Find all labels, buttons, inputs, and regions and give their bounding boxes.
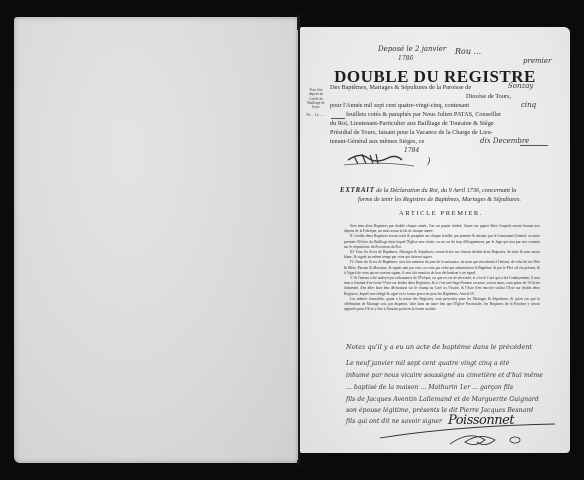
deposit-year: 1786	[398, 55, 413, 62]
article-3: III. Tous les Actes de Baptêmes, Mariage…	[344, 250, 540, 260]
header-line-5: du Roi, Lieutenant-Particulier aux Baill…	[330, 120, 494, 127]
header-line-2: Diocèse de Tours,	[466, 93, 511, 100]
article-6: Les mêmes formalités, quant à la tenue d…	[344, 297, 540, 313]
page-edge	[296, 30, 298, 460]
act-line-2: inhumé par nous vicaire soussigné au cim…	[346, 372, 556, 379]
leaf-count: cinq	[521, 101, 536, 109]
header-line-4: feuillets cotés & paraphés par Nous Juli…	[346, 111, 501, 118]
header-line-1: Des Baptêmes, Mariages & Sépultures de l…	[330, 84, 471, 91]
fill-rule	[520, 145, 548, 146]
clerk-initials: Rou ...	[455, 47, 481, 56]
signature-flourish-icon	[375, 420, 565, 450]
margin-note-deposit: Pour être déposé au Greffe du Bailliage …	[305, 88, 327, 109]
extrait-text: de la Déclaration du Roi, du 9 Avril 173…	[376, 187, 516, 194]
page-marker: premier	[523, 57, 551, 65]
article-1: Sera tenu deux Registres par double chaq…	[344, 224, 540, 234]
extrait-lead: EXTRAIT	[340, 187, 375, 194]
extrait-line-2: forme de tenir les Registres de Baptêmes…	[358, 196, 521, 203]
article-5: V. Si l'enfant a été ondoyé par ordonnan…	[344, 276, 540, 297]
margin-note-2: Ne ... Le ... ...	[305, 113, 327, 117]
left-page-blank	[14, 17, 299, 463]
act-line-3: ... baptisé de la maison ... Mathurin 1e…	[346, 384, 556, 391]
act-line-4: fils de Jacques Aventin Lallemand et de …	[346, 396, 556, 403]
header-line-3: pour l'Année mil sept cent quatre-vingt-…	[330, 102, 469, 109]
header-line-7: tenant-Général aux mêmes Sièges, ce	[330, 138, 424, 145]
official-signature-icon	[340, 148, 420, 172]
separator-mark: )	[427, 157, 431, 167]
article-4: IV. Dans les Actes de Baptêmes, sera fai…	[344, 260, 540, 276]
parish-name: Sonzay	[508, 82, 533, 90]
deposit-note: Deposé le 2 janvier	[378, 45, 446, 53]
articles-body: Sera tenu deux Registres par double chaq…	[344, 224, 540, 312]
header-line-6: Présidial de Tours, faisant pour la Vaca…	[330, 129, 493, 136]
article-2: II. Lesdits deux Registres seront cotés …	[344, 234, 540, 250]
article-heading: ARTICLE PREMIER.	[399, 210, 483, 217]
act-line-1: Le neuf janvier mil sept cent quatre vin…	[346, 360, 556, 367]
signed-date: dix Decembre	[480, 137, 529, 145]
handwritten-note: Notez qu'il y a eu un acte de baptême da…	[346, 343, 532, 351]
fill-rule	[331, 118, 345, 119]
extrait-line-1: EXTRAIT de la Déclaration du Roi, du 9 A…	[340, 187, 516, 194]
